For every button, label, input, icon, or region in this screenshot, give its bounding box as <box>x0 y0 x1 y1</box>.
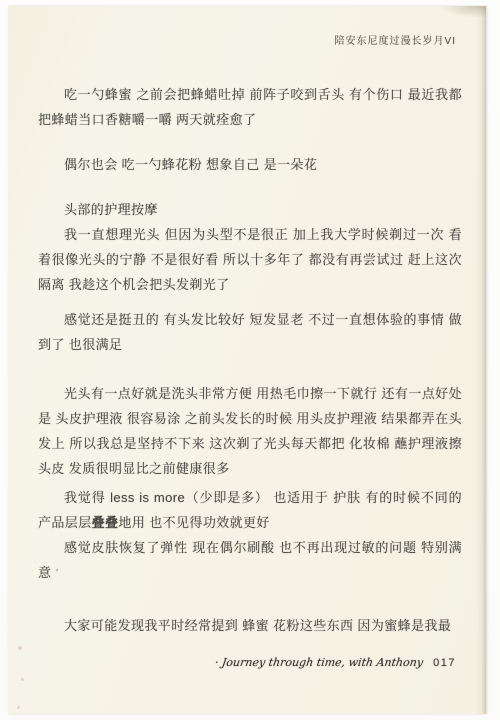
page-footer: · Journey through time, with Anthony 017 <box>215 656 456 669</box>
scan-speck <box>18 646 22 650</box>
paragraph-skin-elasticity: 感觉皮肤恢复了弹性 现在偶尔刷酸 也不再出现过敏的问题 特别满意 ˊ <box>38 535 462 587</box>
scanned-page: 陪安东尼度过漫长岁月VI 吃一勺蜂蜜 之前会把蜂蜡吐掉 前阵子咬到舌头 有个伤口… <box>8 6 486 714</box>
scan-speck <box>21 678 24 681</box>
page-number: 017 <box>433 657 456 669</box>
less-is-more-bold-segment: 叠叠 <box>92 515 119 530</box>
scan-speck <box>17 706 20 709</box>
paragraph-ugly-but-satisfied: 感觉还是挺丑的 有头发比较好 短发显老 不过一直想体验的事情 做到了 也很满足 <box>38 307 462 357</box>
stray-tick-mark: ˊ <box>55 569 58 580</box>
section-heading-head-care: 头部的护理按摩 <box>38 197 462 222</box>
skin-elasticity-text: 感觉皮肤恢复了弹性 现在偶尔刷酸 也不再出现过敏的问题 特别满意 <box>38 540 462 580</box>
paragraph-shaved-head: 我一直想理光头 但因为头型不是很正 加上我大学时候剃过一次 看着很像光头的宁静 … <box>38 222 462 297</box>
paragraph-less-is-more: 我觉得 less is more（少即是多） 也适用于 护肤 有的时候不同的产品… <box>38 485 462 535</box>
scan-background: 陪安东尼度过漫长岁月VI 吃一勺蜂蜜 之前会把蜂蜡吐掉 前阵子咬到舌头 有个伤口… <box>0 0 500 720</box>
page-content: 吃一勺蜂蜜 之前会把蜂蜡吐掉 前阵子咬到舌头 有个伤口 最近我都把蜂蜡当口香糖嚼… <box>38 82 462 638</box>
running-header: 陪安东尼度过漫长岁月VI <box>335 32 456 47</box>
paragraph-pollen: 偶尔也会 吃一勺蜂花粉 想象自己 是一朵花 <box>38 152 462 177</box>
paragraph-honey: 吃一勺蜂蜜 之前会把蜂蜡吐掉 前阵子咬到舌头 有个伤口 最近我都把蜂蜡当口香糖嚼… <box>38 82 462 132</box>
paragraph-bald-benefits: 光头有一点好就是洗头非常方便 用热毛巾擦一下就行 还有一点好处是 头皮护理液 很… <box>38 381 462 481</box>
footer-signature-script: · Journey through time, with Anthony <box>214 656 424 669</box>
less-is-more-text-post: 地用 也不见得功效就更好 <box>118 515 269 530</box>
paragraph-bees-intro: 大家可能发现我平时经常提到 蜂蜜 花粉这些东西 因为蜜蜂是我最 <box>38 613 462 638</box>
